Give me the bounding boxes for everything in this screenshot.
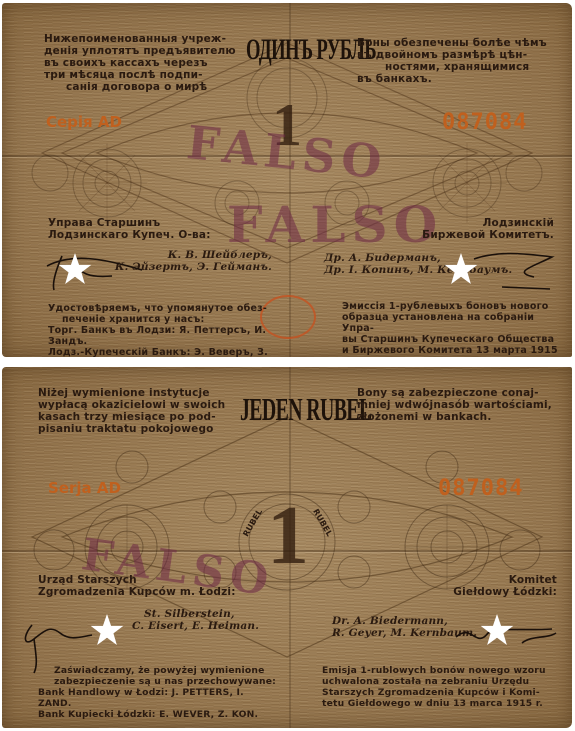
emission-text-pl: Emisja 1-rublowych bonów nowego wzoru uc…	[322, 665, 567, 709]
backing-text-pl: Bony są zabezpieczone conaj- mniej wdwój…	[357, 387, 567, 423]
issuer-right-pl: Komitet Giełdowy Łódzki:	[382, 574, 557, 598]
redemption-text-ru: Нижепоименованныя учреж- денія уплотятъ …	[44, 33, 244, 93]
issuer-left-ru: Управа Старшинъ Лодзинскаго Купеч. О-ва:	[48, 217, 211, 241]
serial-number: 087084	[438, 476, 523, 501]
rubel-ring-text: RUBEL	[240, 507, 266, 539]
series-label: Серія AD	[46, 113, 122, 131]
series-label: Serja AD	[48, 479, 121, 497]
handwritten-signature	[42, 248, 152, 293]
banknote-back: Niżej wymienione instytucje wypłacą okaz…	[2, 367, 572, 728]
falso-overprint: FALSO	[184, 115, 390, 190]
denomination-title: JEDEN RUBEL	[240, 391, 372, 428]
issuer-right-ru: Лодзинскій Биржевой Комитетъ.	[382, 217, 554, 241]
signatories-left-pl: St. Silberstein, C. Eisert, E. Heiman.	[132, 608, 272, 632]
bank-certification-ru: Удостовѣряемъ, что упомянутое обез- пече…	[48, 303, 278, 357]
redemption-text-pl: Niżej wymienione instytucje wypłacą okaz…	[38, 387, 238, 435]
handwritten-signature	[452, 621, 562, 651]
bank-certification-pl: Zaświadczamy, że powyżej wymienione zabe…	[38, 665, 278, 720]
issuer-left-pl: Urząd Starszych Zgromadzenia Kupców m. Ł…	[38, 574, 236, 598]
serial-number: 087084	[442, 110, 527, 135]
emission-text-ru: Эмиссія 1-рублевыхъ боновъ нового образц…	[342, 301, 567, 357]
banknote-front: Нижепоименованныя учреж- денія уплотятъ …	[2, 3, 572, 357]
backing-text-ru: Боны обезпечены болѣе чѣмъ въ двойномъ р…	[357, 37, 567, 85]
handwritten-signature	[472, 247, 562, 297]
rubel-ring-text: RUBEL	[309, 507, 335, 539]
